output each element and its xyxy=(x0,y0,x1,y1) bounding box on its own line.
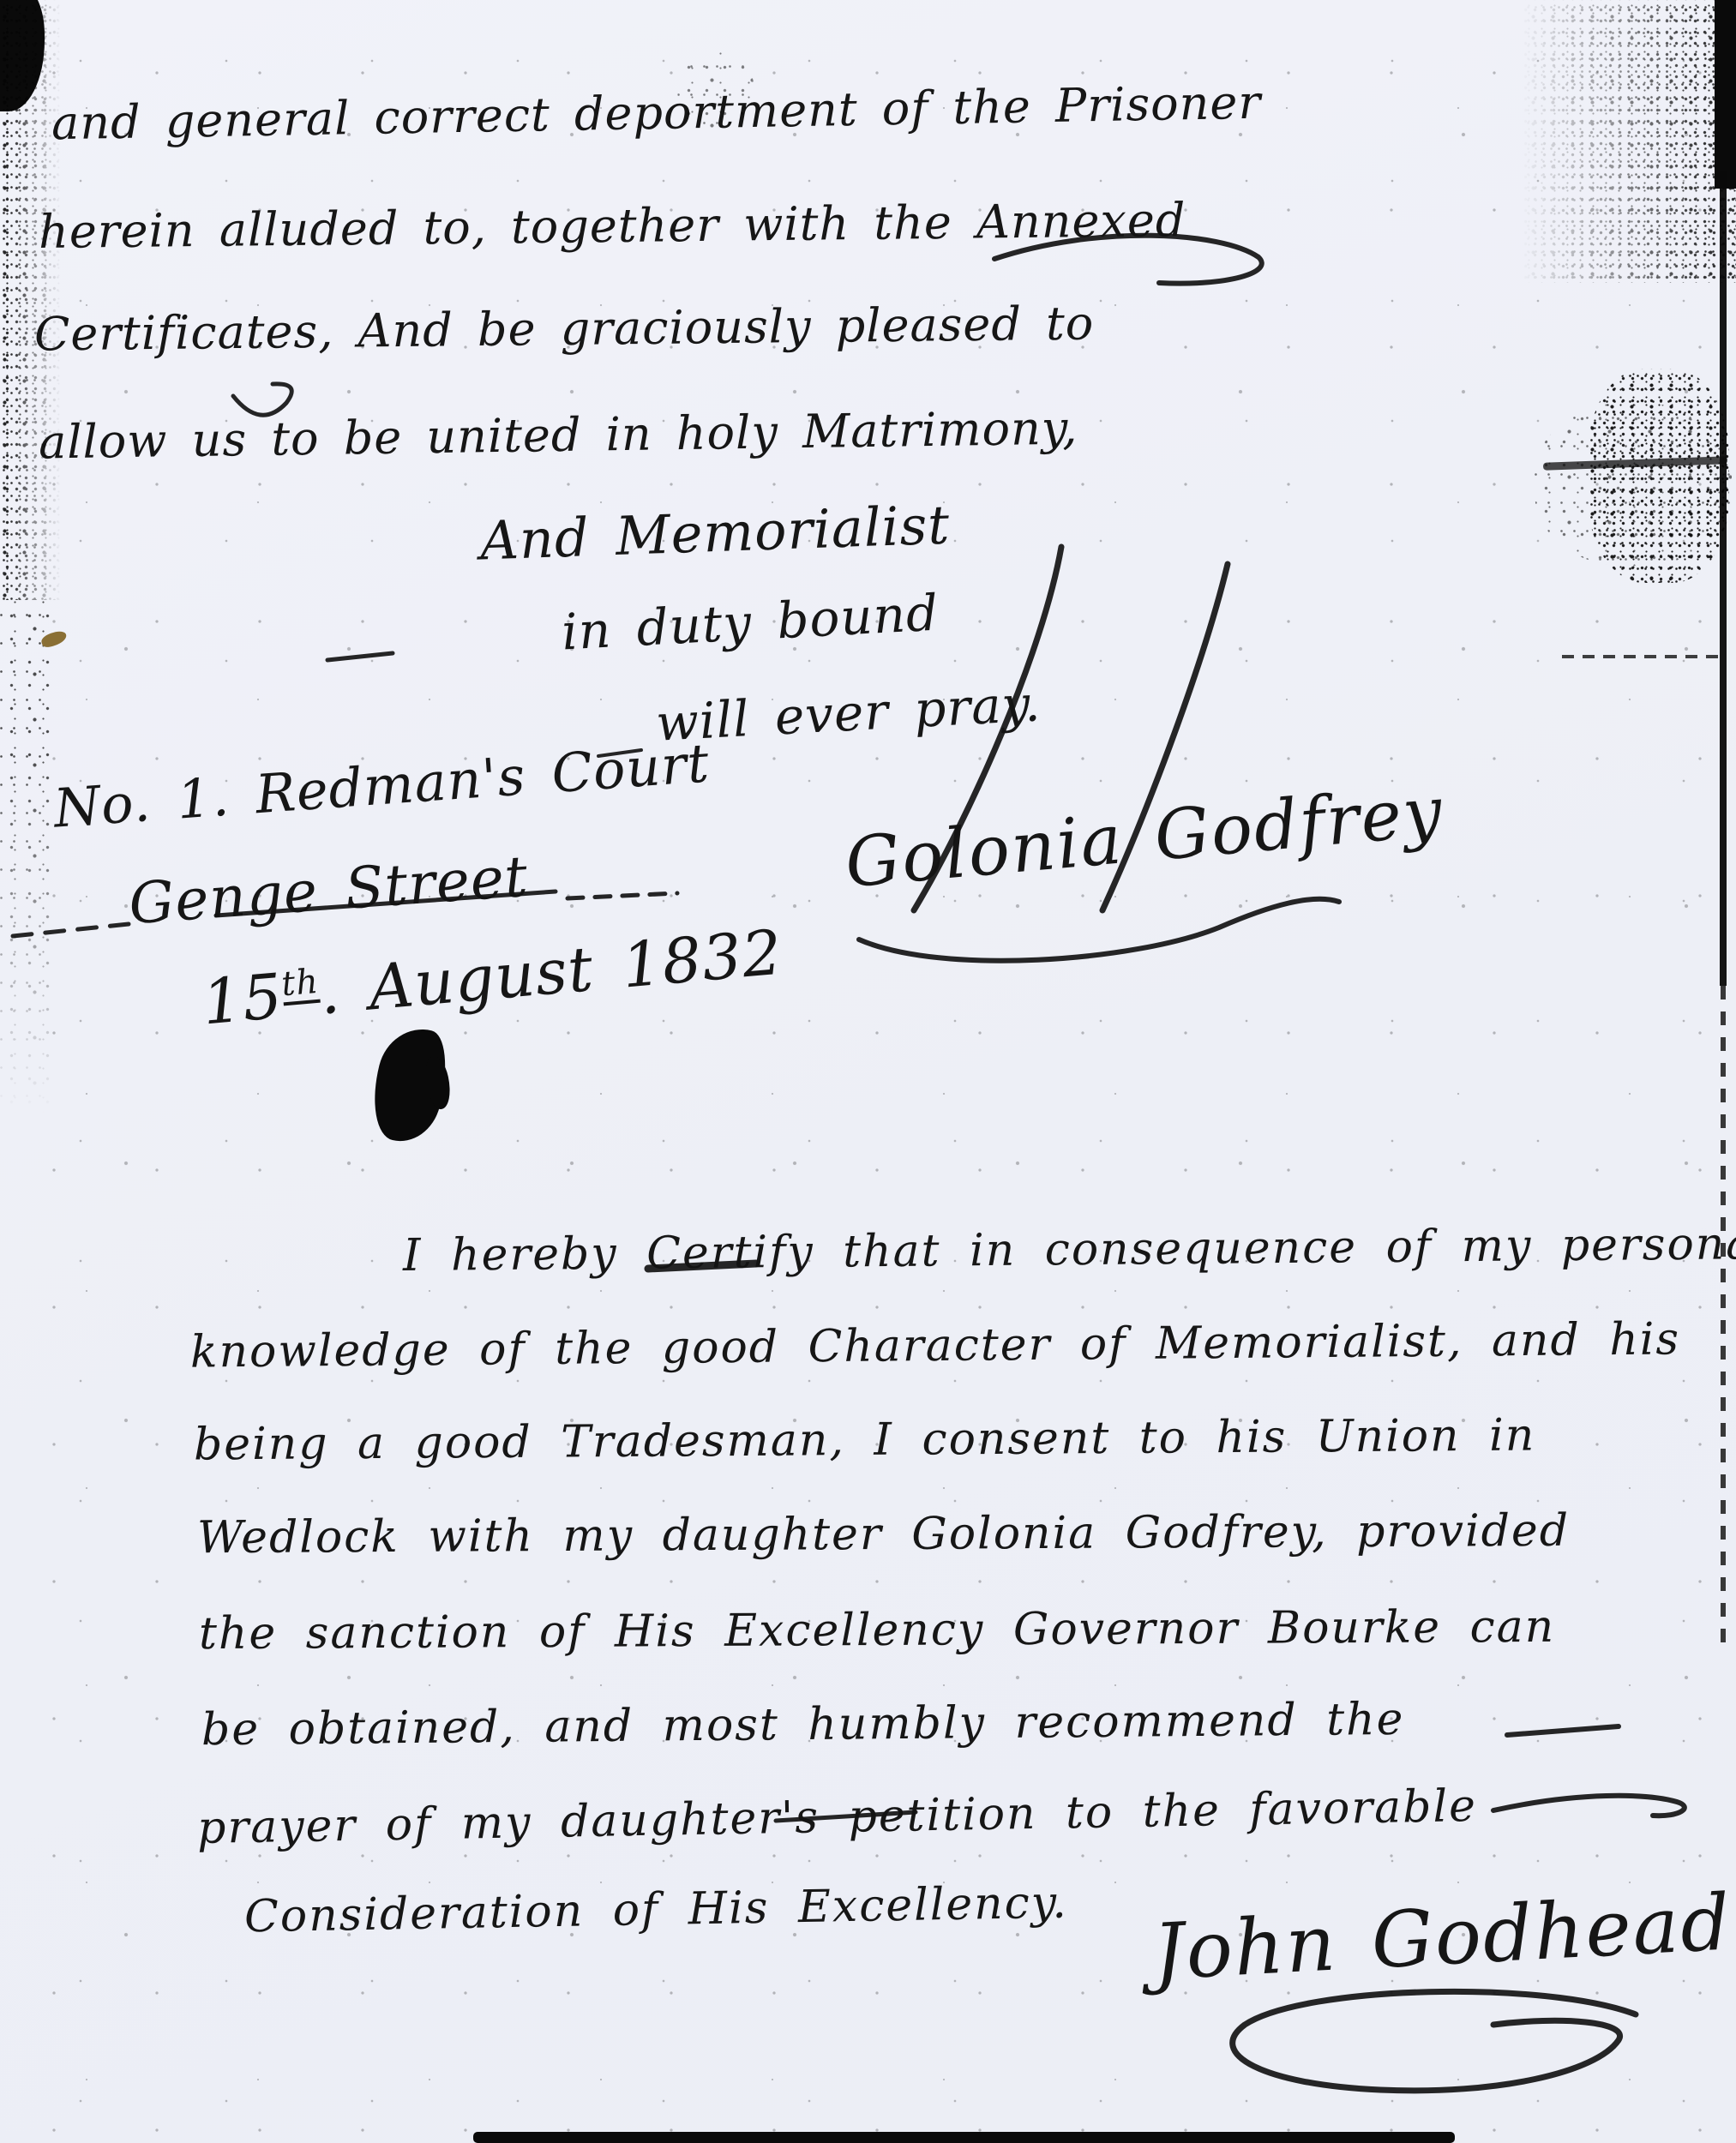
date-day: 15 xyxy=(200,960,286,1039)
certificate-line-8: Consideration of His Excellency. xyxy=(244,1877,1069,1943)
certificates-tail-swash xyxy=(233,384,291,415)
certificate-line-2: knowledge of the good Character of Memor… xyxy=(190,1313,1681,1378)
scan-blotch-right-halo xyxy=(1535,403,1732,566)
favorable-swash xyxy=(1493,1796,1685,1816)
certificate-line-3: being a good Tradesman, I consent to his… xyxy=(194,1410,1536,1471)
petition-line-3: Certificates, And be graciously pleased … xyxy=(34,297,1095,362)
scan-edge-right-band xyxy=(1715,0,1736,189)
paper-fleck-brown xyxy=(39,629,68,650)
scan-blotch-right xyxy=(1588,369,1729,583)
scan-noise-left-mid xyxy=(0,600,51,1114)
scan-bar-bottom xyxy=(473,2132,1455,2143)
certificate-line-4: Wedlock with my daughter Golonia Godfrey… xyxy=(197,1505,1570,1564)
scan-corner-top-left xyxy=(0,0,45,111)
certificate-line-6: be obtained, and most humbly recommend t… xyxy=(201,1694,1405,1756)
scanned-document-page: and general correct deportment of the Pr… xyxy=(0,0,1736,2143)
father-signature-oval-flourish xyxy=(1233,1991,1636,2090)
petitioner-signature: Golonia Godfrey xyxy=(842,771,1446,903)
address-line-2: Genge Street xyxy=(127,843,531,937)
scan-dotted-line-right xyxy=(1562,655,1725,658)
date-ordinal: th xyxy=(280,965,321,1005)
date-rest: . August 1832 xyxy=(316,916,785,1029)
petition-line-1: and general correct deportment of the Pr… xyxy=(51,75,1262,151)
genge-trailing-dash xyxy=(568,893,677,898)
date-line: 15th. August 1832 xyxy=(200,916,785,1039)
scan-streak-right xyxy=(1543,456,1727,470)
genge-leading-dashes xyxy=(13,924,129,936)
certificate-line-1: I hereby Certify that in consequence of … xyxy=(403,1218,1736,1282)
father-signature: John Godhead xyxy=(1151,1877,1734,1997)
scan-edge-right-line-dashed xyxy=(1721,986,1726,1654)
petition-line-4: allow us to be united in holy Matrimony, xyxy=(39,401,1078,470)
scan-edge-right-line xyxy=(1720,171,1727,986)
recommend-trailing-dash xyxy=(1507,1726,1619,1735)
valediction-line-1: And Memorialist xyxy=(479,493,951,572)
valediction-dash xyxy=(327,653,393,660)
valediction-line-2: in duty bound xyxy=(561,584,940,662)
scan-noise-left-low xyxy=(0,1114,39,1886)
scan-noise-top-right xyxy=(1509,0,1736,283)
signature-underline-sweep xyxy=(859,899,1339,961)
certificate-line-5: the sanction of His Excellency Governor … xyxy=(199,1601,1555,1660)
valediction-line-3: will ever pray. xyxy=(655,674,1042,752)
petition-line-2: herein alluded to, together with the Ann… xyxy=(39,193,1186,259)
address-line-1: No. 1. Redman's Court xyxy=(51,731,712,839)
certificate-line-7: prayer of my daughter's petition to the … xyxy=(197,1780,1478,1854)
